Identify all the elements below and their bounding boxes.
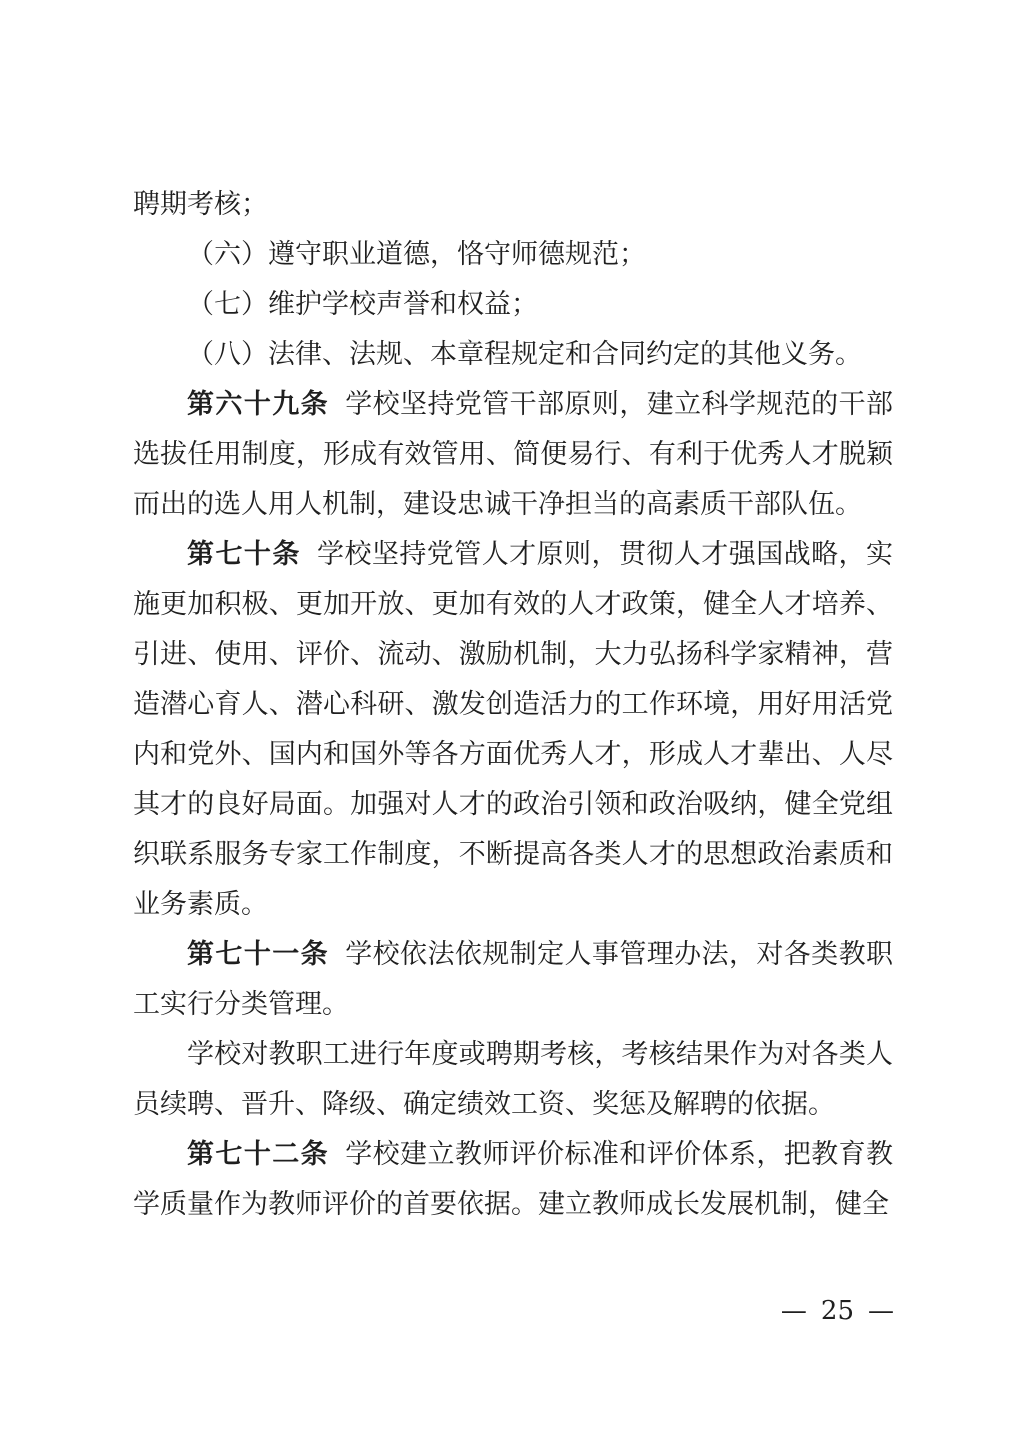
paragraph-text: （六）遵守职业道德，恪守师德规范；: [187, 239, 646, 270]
paragraph-text: 聘期考核；: [133, 189, 268, 220]
article-number: 第七十条: [187, 539, 301, 570]
page-number: 25: [821, 1296, 854, 1326]
paragraph: （七）维护学校声誉和权益；: [133, 280, 893, 330]
footer-dash-right: —: [868, 1296, 894, 1326]
paragraph-article-72: 第七十二条学校建立教师评价标准和评价体系，把教育教学质量作为教师评价的首要依据。…: [133, 1130, 893, 1230]
page-footer: —25—: [781, 1296, 894, 1326]
paragraph-article-71: 第七十一条学校依法依规制定人事管理办法，对各类教职工实行分类管理。: [133, 930, 893, 1030]
paragraph: （六）遵守职业道德，恪守师德规范；: [133, 230, 893, 280]
paragraph: 聘期考核；: [133, 180, 893, 230]
paragraph: （八）法律、法规、本章程规定和合同约定的其他义务。: [133, 330, 893, 380]
footer-dash-left: —: [781, 1296, 807, 1326]
paragraph-text: 学校坚持党管人才原则，贯彻人才强国战略，实施更加积极、更加开放、更加有效的人才政…: [133, 539, 893, 920]
paragraph-article-69: 第六十九条学校坚持党管干部原则，建立科学规范的干部选拔任用制度，形成有效管用、简…: [133, 380, 893, 530]
paragraph: 学校对教职工进行年度或聘期考核，考核结果作为对各类人员续聘、晋升、降级、确定绩效…: [133, 1030, 893, 1130]
article-number: 第七十一条: [187, 939, 329, 970]
paragraph-text: （七）维护学校声誉和权益；: [187, 289, 538, 320]
paragraph-text: 学校对教职工进行年度或聘期考核，考核结果作为对各类人员续聘、晋升、降级、确定绩效…: [133, 1039, 893, 1120]
article-number: 第七十二条: [187, 1139, 329, 1170]
paragraph-article-70: 第七十条学校坚持党管人才原则，贯彻人才强国战略，实施更加积极、更加开放、更加有效…: [133, 530, 893, 930]
document-body: 聘期考核； （六）遵守职业道德，恪守师德规范； （七）维护学校声誉和权益； （八…: [133, 180, 893, 1230]
paragraph-text: （八）法律、法规、本章程规定和合同约定的其他义务。: [187, 339, 862, 370]
document-page: 聘期考核； （六）遵守职业道德，恪守师德规范； （七）维护学校声誉和权益； （八…: [0, 0, 1024, 1448]
article-number: 第六十九条: [187, 389, 329, 420]
